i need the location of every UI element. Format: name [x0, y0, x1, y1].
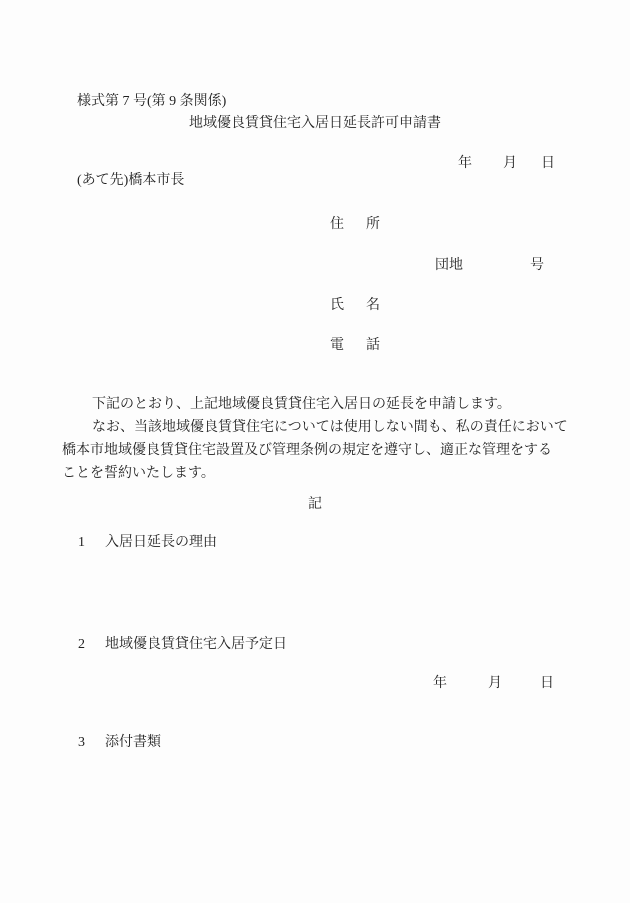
name-field-label: 氏 名	[330, 297, 384, 315]
item-number: 1	[78, 534, 105, 552]
address-field-label: 住 所	[330, 216, 384, 234]
phone-field-label: 電 話	[330, 337, 384, 355]
statement-line: 下記のとおり、上記地域優良賃貸住宅入居日の延長を申請します。	[62, 393, 556, 416]
item-label: 地域優良賃貸住宅入居予定日	[105, 637, 287, 652]
list-heading: 記	[0, 496, 630, 514]
item-scheduled-movein-date: 2地域優良賃貸住宅入居予定日	[78, 636, 287, 654]
scheduled-date-month-label: 月	[488, 675, 502, 693]
page-title: 地域優良賃貸住宅入居日延長許可申請書	[0, 115, 630, 133]
statement-paragraph: 下記のとおり、上記地域優良賃貸住宅入居日の延長を申請します。 なお、当該地域優良…	[62, 393, 556, 485]
scheduled-date-day-label: 日	[540, 675, 554, 693]
application-date-month-label: 月	[503, 155, 517, 173]
form-page: 様式第 7 号(第 9 条関係) 地域優良賃貸住宅入居日延長許可申請書 年 月 …	[0, 0, 630, 903]
item-reason: 1入居日延長の理由	[78, 534, 217, 552]
item-attached-documents: 3添付書類	[78, 734, 161, 752]
application-date-day-label: 日	[541, 155, 555, 173]
unit-number-field-label: 号	[530, 257, 544, 275]
statement-line: 橋本市地域優良賃貸住宅設置及び管理条例の規定を遵守し、適正な管理をする	[62, 439, 556, 462]
item-label: 入居日延長の理由	[105, 535, 217, 550]
estate-field-label: 団地	[435, 257, 463, 275]
statement-line: なお、当該地域優良賃貸住宅については使用しない間も、私の責任において	[62, 416, 556, 439]
item-number: 2	[78, 636, 105, 654]
addressee: (あて先)橋本市長	[77, 172, 184, 190]
scheduled-date-year-label: 年	[433, 675, 447, 693]
form-number: 様式第 7 号(第 9 条関係)	[77, 93, 226, 111]
item-number: 3	[78, 734, 105, 752]
application-date-year-label: 年	[458, 155, 472, 173]
statement-line: ことを誓約いたします。	[62, 462, 556, 485]
item-label: 添付書類	[105, 735, 161, 750]
